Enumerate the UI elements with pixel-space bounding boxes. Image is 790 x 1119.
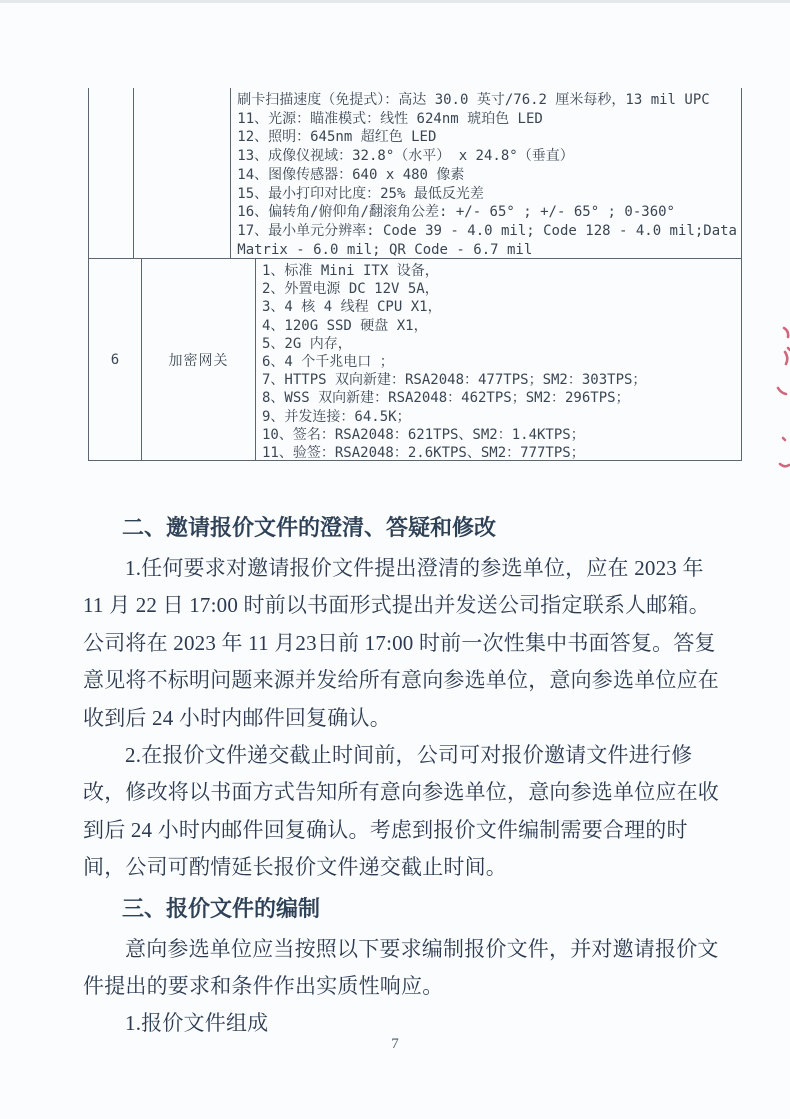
paragraph-line: 意见将不标明问题来源并发给所有意向参选单位，意向参选单位应在: [83, 662, 731, 699]
seal-fragment-icon: [772, 322, 790, 482]
document-page: 刷卡扫描速度（免提式）：高达 30.0 英寸/76.2 厘米每秒，13 mil …: [0, 0, 790, 1119]
spec-line: 12、照明：645nm 超红色 LED: [237, 128, 737, 147]
cell-device-name: 加密网关: [142, 259, 256, 460]
spec-line: 16、偏转角/俯仰角/翻滚角公差: +/- 65° ; +/- 65° ; 0-…: [237, 203, 737, 222]
section-heading: 二、邀请报价文件的澄清、答疑和修改: [83, 506, 731, 550]
section-heading: 三、报价文件的编制: [83, 887, 731, 931]
paragraph-line: 收到后 24 小时内邮件回复确认。: [83, 700, 731, 737]
spec-line: 9、并发连接：64.5K；: [262, 408, 737, 426]
spec-line: 8、WSS 双向新建：RSA2048：462TPS；SM2：296TPS；: [262, 389, 737, 407]
cell-specs: 1、标准 Mini ITX 设备， 2、外置电源 DC 12V 5A， 3、4 …: [256, 259, 741, 460]
paragraph-line: 公司将在 2023 年 11 月23日前 17:00 时前一次性集中书面答复。答…: [83, 625, 731, 662]
paragraph-line: 意向参选单位应当按照以下要求编制报价文件，并对邀请报价文: [83, 931, 731, 968]
spec-line: 刷卡扫描速度（免提式）：高达 30.0 英寸/76.2 厘米每秒，13 mil …: [237, 91, 737, 110]
spec-line: 7、HTTPS 双向新建：RSA2048：477TPS；SM2：303TPS；: [262, 371, 737, 389]
paragraph-line: 11 月 22 日 17:00 时前以书面形式提出并发送公司指定联系人邮箱。: [83, 587, 731, 624]
spec-line: 5、2G 内存，: [262, 335, 737, 353]
spec-line: 10、签名：RSA2048：621TPS、SM2：1.4KTPS；: [262, 426, 737, 444]
spec-line: 17、最小单元分辨率: Code 39 - 4.0 mil; Code 128 …: [237, 222, 737, 241]
spec-line: 6、4 个千兆电口 ；: [262, 353, 737, 371]
table-row: 刷卡扫描速度（免提式）：高达 30.0 英寸/76.2 厘米每秒，13 mil …: [89, 88, 741, 258]
page-number: 7: [0, 1036, 790, 1053]
cell-index: [89, 88, 134, 258]
spec-line: Matrix - 6.0 mil; QR Code - 6.7 mil: [237, 241, 737, 260]
spec-line: 1、标准 Mini ITX 设备，: [262, 262, 737, 280]
paragraph-line: 2.在报价文件递交截止时间前，公司可对报价邀请文件进行修: [83, 737, 731, 774]
cell-specs: 刷卡扫描速度（免提式）：高达 30.0 英寸/76.2 厘米每秒，13 mil …: [231, 88, 741, 258]
cell-index: 6: [89, 259, 142, 460]
spec-line: 11、光源：瞄准模式：线性 624nm 琥珀色 LED: [237, 110, 737, 129]
paragraph-line: 改，修改将以书面方式告知所有意向参选单位，意向参选单位应在收: [83, 774, 731, 811]
spec-line: 15、最小打印对比度：25% 最低反光差: [237, 185, 737, 204]
body-text: 二、邀请报价文件的澄清、答疑和修改 1.任何要求对邀请报价文件提出澄清的参选单位…: [83, 506, 731, 1043]
paragraph-line: 件提出的要求和条件作出实质性响应。: [83, 968, 731, 1005]
paragraph-line: 间，公司可酌情延长报价文件递交截止时间。: [83, 849, 731, 886]
spec-line: 3、4 核 4 线程 CPU X1，: [262, 298, 737, 316]
spec-line: 2、外置电源 DC 12V 5A，: [262, 280, 737, 298]
paragraph-line: 到后 24 小时内邮件回复确认。考虑到报价文件编制需要合理的时: [83, 812, 731, 849]
table-row: 6 加密网关 1、标准 Mini ITX 设备， 2、外置电源 DC 12V 5…: [89, 258, 741, 460]
spec-line: 11、验签：RSA2048：2.6KTPS、SM2：777TPS；: [262, 444, 737, 462]
paragraph-line: 1.任何要求对邀请报价文件提出澄清的参选单位，应在 2023 年: [83, 550, 731, 587]
cell-device-name: [134, 88, 231, 258]
spec-table: 刷卡扫描速度（免提式）：高达 30.0 英寸/76.2 厘米每秒，13 mil …: [88, 88, 742, 461]
spec-line: 4、120G SSD 硬盘 X1，: [262, 317, 737, 335]
spec-line: 14、图像传感器：640 x 480 像素: [237, 166, 737, 185]
spec-line: 13、成像仪视域：32.8°（水平） x 24.8°（垂直）: [237, 147, 737, 166]
